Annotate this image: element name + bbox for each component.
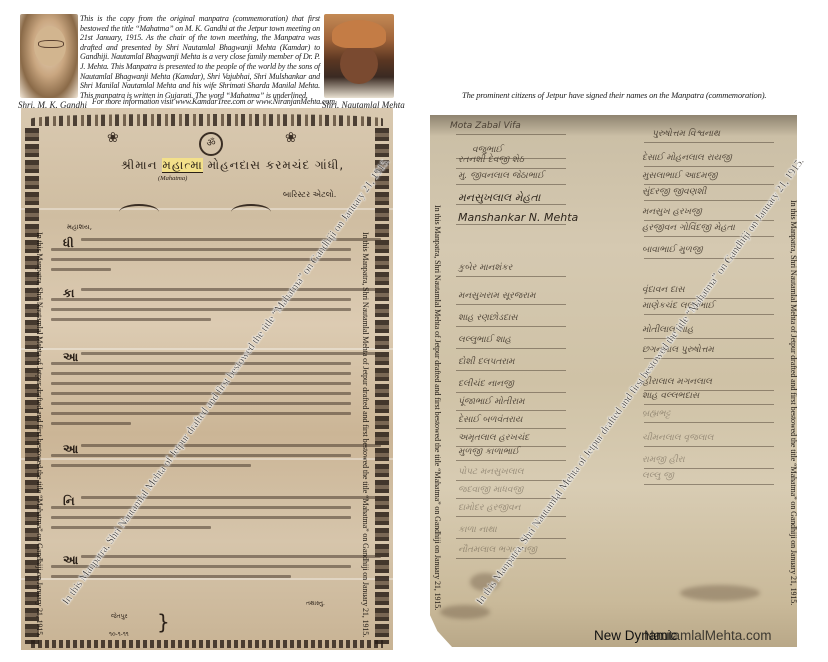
text-line [81, 352, 381, 355]
signature-underline [456, 460, 566, 461]
text-line [51, 506, 351, 509]
signature-underline [644, 298, 774, 299]
signature-entry: Mota Zabal Vifa [450, 121, 521, 131]
signature-entry: હરજીવન ગોવિંદજી મેહતા [642, 223, 735, 233]
paragraph-initial: નિ [63, 494, 75, 509]
signature-underline [644, 484, 774, 485]
side-annotation-right: In this Manpatra, Shri Nautamlal Mehta o… [361, 232, 370, 637]
signature-underline [644, 258, 774, 259]
signature-entry: પૂંજાભાઈ મોતીરામ [458, 397, 525, 407]
paragraph-initial: કા [63, 286, 74, 301]
signature-underline [644, 422, 774, 423]
signature-entry: શાહ વલ્લભદાસ [642, 391, 699, 401]
mehta-face-shape [340, 44, 378, 84]
paragraph-initial: આ [63, 442, 78, 457]
signature-entry: હીરાલાલ મગનલાલ [642, 377, 712, 387]
signature-entry: પોપટ મનસુખલાલ [458, 467, 524, 477]
text-line [51, 516, 351, 519]
signature-underline [456, 276, 566, 277]
signature-entry: રતનશી દેવજી શેઠ [458, 155, 524, 165]
text-line [51, 298, 351, 301]
greeting: મહાશય, [67, 223, 92, 232]
side-annotation-right-2: In this Manpatra, Shri Nautamlal Mehta o… [789, 200, 798, 605]
signature-entry: અમૃતલાલ હરખચંદ [458, 433, 529, 443]
manpatra-heading: શ્રીમાન મહાત્મા મોહનદાસ કરમચંદ ગાંધી, [121, 158, 344, 173]
signature-entry: મુળજી કાળાભાઈ [458, 447, 519, 457]
turban-shape [332, 20, 386, 48]
signature-entry: પુરુષોત્તમ વિશ્વનાથ [652, 129, 720, 139]
signature-entry: વજુભાઈ [472, 145, 502, 155]
heading-suffix: મોહનદાસ કરમચંદ ગાંધી, [208, 158, 345, 172]
text-line [51, 268, 111, 271]
text-line [51, 422, 131, 425]
paragraph-initial: આ [63, 553, 78, 568]
side-annotation-left-2: In this Manpatra, Shri Nautamlal Mehta o… [433, 205, 442, 610]
signature-underline [456, 410, 566, 411]
brace-symbol: } [157, 610, 170, 634]
signature-underline [456, 370, 566, 371]
signature-underline [456, 348, 566, 349]
place-label: જેતપુર [111, 613, 128, 621]
signature-entry: મુસલાભાઈ આદમજી [642, 171, 717, 181]
tree-ornament-icon: ❀ [107, 130, 119, 147]
signature-underline [644, 404, 774, 405]
signature-entry: મનસુખલાલ મેહતા [458, 191, 540, 205]
signature-underline [456, 224, 566, 225]
signature-entry: મનસુખ હરખજી [642, 207, 702, 217]
text-line [81, 496, 381, 499]
signature-entry: સુંદરજી જીવણશી [642, 187, 706, 197]
more-info-line: For more information visit www.KamdarTre… [92, 97, 337, 106]
signature-entry: બ્રહ્મભટ્ટ [642, 409, 670, 419]
signature-entry: કુબેર માનશંકર [458, 263, 512, 273]
text-line [51, 464, 251, 467]
signature-entry: દોશી દલપતરામ [458, 357, 515, 367]
flourish-ornament [231, 204, 271, 220]
signature-underline [644, 468, 774, 469]
mahatma-translation: (Mahatma) [158, 175, 187, 182]
manpatra-document: ❀ ॐ ❀ શ્રીમાન મહાત્મા મોહનદાસ કરમચંદ ગાં… [21, 108, 393, 650]
text-line [81, 288, 381, 291]
decorative-border-right [375, 128, 389, 644]
decorative-border-top [31, 114, 383, 126]
watermark-site-text: NautamlalMehta.com [644, 628, 772, 643]
text-line [51, 308, 351, 311]
signature-underline [456, 134, 566, 135]
signature-underline [644, 446, 774, 447]
signature-underline [456, 168, 566, 169]
address-line: બારિસ્ટર એટલો. [283, 190, 336, 200]
text-line [51, 318, 211, 321]
signatures-manpatra: Mota Zabal Vifaવજુભાઈરતનશી દેવજી શેઠમુ. … [430, 115, 797, 647]
text-line [51, 382, 351, 385]
signature-underline [456, 326, 566, 327]
text-line [51, 362, 351, 365]
text-line [81, 555, 381, 558]
signature-entry: દલીચંદ નાનજી [458, 379, 514, 389]
heading-prefix: શ્રીમાન [121, 158, 158, 172]
signature-underline [644, 142, 774, 143]
text-line [51, 526, 211, 529]
signature-entry: બાવાભાઈ મુળજી [642, 245, 703, 255]
signature-entry: મનસુખરામ સૂરજરામ [458, 291, 536, 301]
signature-underline [456, 184, 566, 185]
signature-entry: દેસાઈ બળવંતરાય [458, 415, 522, 425]
om-symbol-icon: ॐ [199, 132, 223, 156]
signature-entry: Manshankar N. Mehta [458, 211, 578, 224]
spectacles-shape [38, 40, 64, 48]
signature-entry: દેસાઈ મોહનલાલ રાયજી [642, 153, 732, 163]
signature-underline [644, 166, 774, 167]
signature-underline [644, 200, 774, 201]
intro-paragraph: This is the copy from the original manpa… [80, 14, 320, 100]
signature-underline [456, 428, 566, 429]
text-line [81, 444, 381, 447]
mahatma-highlight: મહાત્મા [162, 158, 202, 173]
nautamlal-mehta-portrait [324, 14, 394, 98]
gandhi-portrait [20, 14, 78, 98]
tree-ornament-icon: ❀ [285, 130, 297, 147]
signature-entry: રામજી હીરા [642, 455, 685, 465]
signature-underline [456, 392, 566, 393]
text-line [51, 372, 351, 375]
text-line [51, 454, 351, 457]
signature-entry: વૃંદાવન દાસ [642, 285, 685, 295]
signature-entry: દામોદર હરજીવન [458, 503, 520, 513]
closing-word: તથાસ્તુ. [306, 600, 325, 608]
signature-entry: મુ. જીવનલાલ જેઠાભાઈ [458, 171, 544, 181]
side-annotation-left: In this Manpatra, Shri Nautamlal Mehta o… [35, 232, 44, 637]
signature-entry: જદવાજી માધવજી [458, 485, 523, 495]
signature-underline [456, 204, 566, 205]
signature-entry: લલ્લુભાઈ શાહ [458, 335, 511, 345]
date-label: ૧૦-૧-૧૧ [109, 631, 129, 639]
signature-underline [456, 480, 566, 481]
decorative-border-bottom [31, 640, 383, 648]
text-line [51, 248, 351, 251]
signature-entry: ચીમનલાલ વૃજલાલ [642, 433, 713, 443]
signature-underline [644, 236, 774, 237]
flourish-ornament [119, 204, 159, 220]
signature-underline [456, 304, 566, 305]
paragraph-initial: ધી [63, 236, 74, 251]
signature-entry: લલ્લુ જી [642, 471, 674, 481]
signature-entry: શાહ રણછોડદાસ [458, 313, 518, 323]
signatures-section-title: The prominent citizens of Jetpur have si… [462, 90, 766, 100]
paragraph-initial: આ [63, 350, 78, 365]
signature-underline [644, 314, 774, 315]
signature-underline [644, 184, 774, 185]
text-line [51, 392, 351, 395]
signature-underline [456, 538, 566, 539]
signature-entry: કાળા નાથા [458, 525, 497, 535]
